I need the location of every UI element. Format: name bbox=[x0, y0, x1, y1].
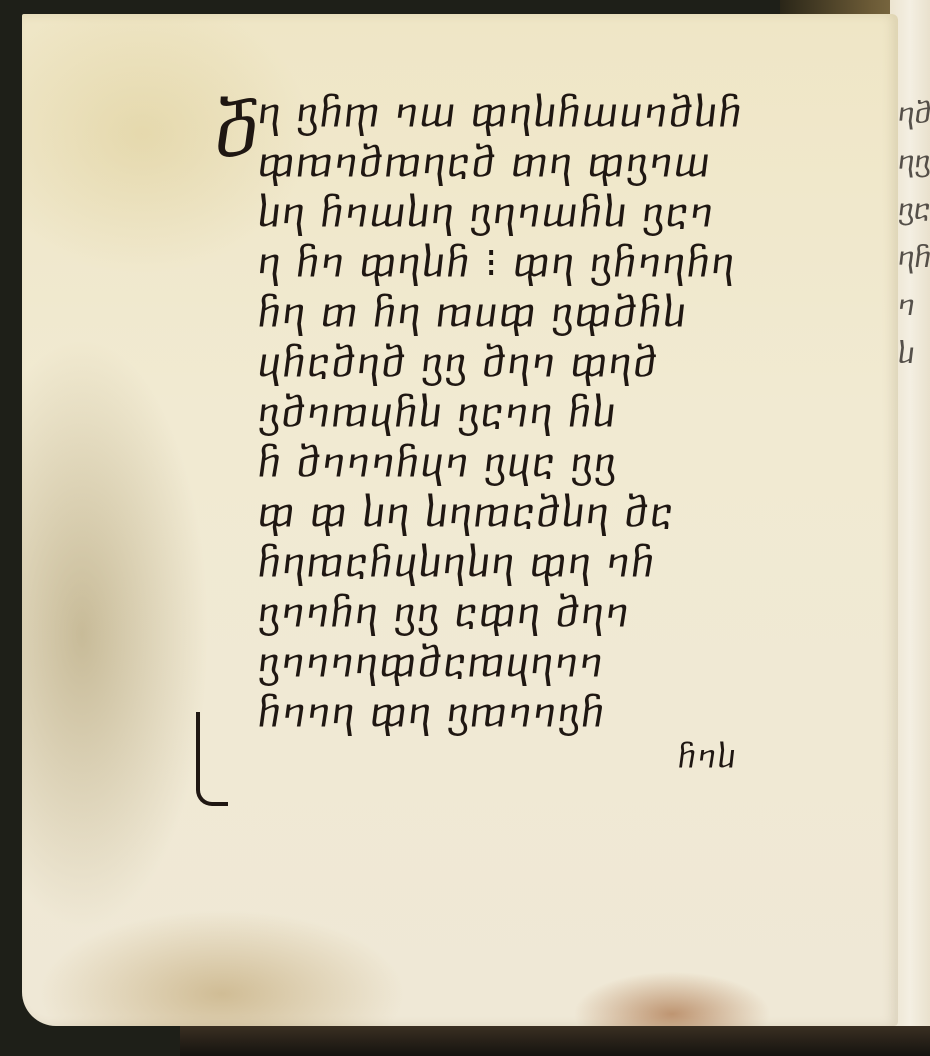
margin-mark bbox=[196, 712, 228, 806]
text-line: ⴄ ⴌⴈ ⴔⴄⴑⴌ ⁝ ⴔⴄ ⴂⴌⴈⴄⴌⴄ bbox=[258, 237, 838, 290]
text-line: ⴂⴈⴈⴌⴄ ⴂⴂ ⴀⴔⴄ ⴋⴄⴈ bbox=[258, 587, 838, 640]
text-line: ⴗⴌⴀⴋⴄⴋ ⴂⴂ ⴋⴄⴈ ⴔⴄⴋ bbox=[258, 337, 838, 390]
text-line: ⴔⴊⴈⴋⴊⴄⴀⴋ ⴇⴄ ⴔⴂⴈⴍ bbox=[258, 137, 838, 190]
text-line: ⴂⴋⴈⴊⴗⴌⴑ ⴂⴀⴈⴄ ⴌⴑ bbox=[258, 387, 838, 440]
text-column: ⴄ ⴂⴌⴅ ⴈⴍ ⴔⴄⴑⴌⴍⴎⴈⴋⴑⴌ ⴔⴊⴈⴋⴊⴄⴀⴋ ⴇⴄ ⴔⴂⴈⴍ ⴑⴄ … bbox=[258, 88, 838, 778]
trailing-fragment: ⴌⴈⴑ bbox=[258, 737, 838, 779]
text-line: ⴔ ⴔ ⴑⴄ ⴑⴄⴊⴀⴋⴑⴄ ⴋⴀ bbox=[258, 487, 838, 540]
binding-shadow bbox=[180, 1026, 930, 1056]
text-line: ⴌⴈⴈⴄ ⴔⴄ ⴂⴊⴈⴈⴂⴌ bbox=[258, 687, 838, 740]
text-line: ⴄ ⴂⴌⴅ ⴈⴍ ⴔⴄⴑⴌⴍⴎⴈⴋⴑⴌ bbox=[258, 87, 838, 140]
text-line: ⴑⴄ ⴌⴈⴍⴑⴄ ⴂⴄⴈⴍⴌⴑ ⴂⴀⴈ bbox=[258, 187, 838, 240]
text-line: ⴂⴈⴈⴈⴄⴔⴋⴀⴊⴗⴄⴈⴈ bbox=[258, 637, 838, 690]
decorated-initial: ⴃ bbox=[214, 94, 259, 168]
facing-page-text: ⴄⴋ ⴄⴂ ⴂⴀ ⴄⴌ ⴈ ⴑ bbox=[898, 90, 930, 378]
text-line: ⴌⴄ ⴇ ⴌⴄ ⴊⴎⴔ ⴂⴔⴋⴌⴑ bbox=[258, 287, 838, 340]
text-line: ⴌ ⴋⴈⴈⴈⴌⴗⴈ ⴂⴗⴀ ⴂⴂ bbox=[258, 437, 838, 490]
text-line: ⴌⴄⴊⴀⴌⴗⴑⴄⴑⴄ ⴔⴄ ⴈⴌ bbox=[258, 537, 838, 590]
